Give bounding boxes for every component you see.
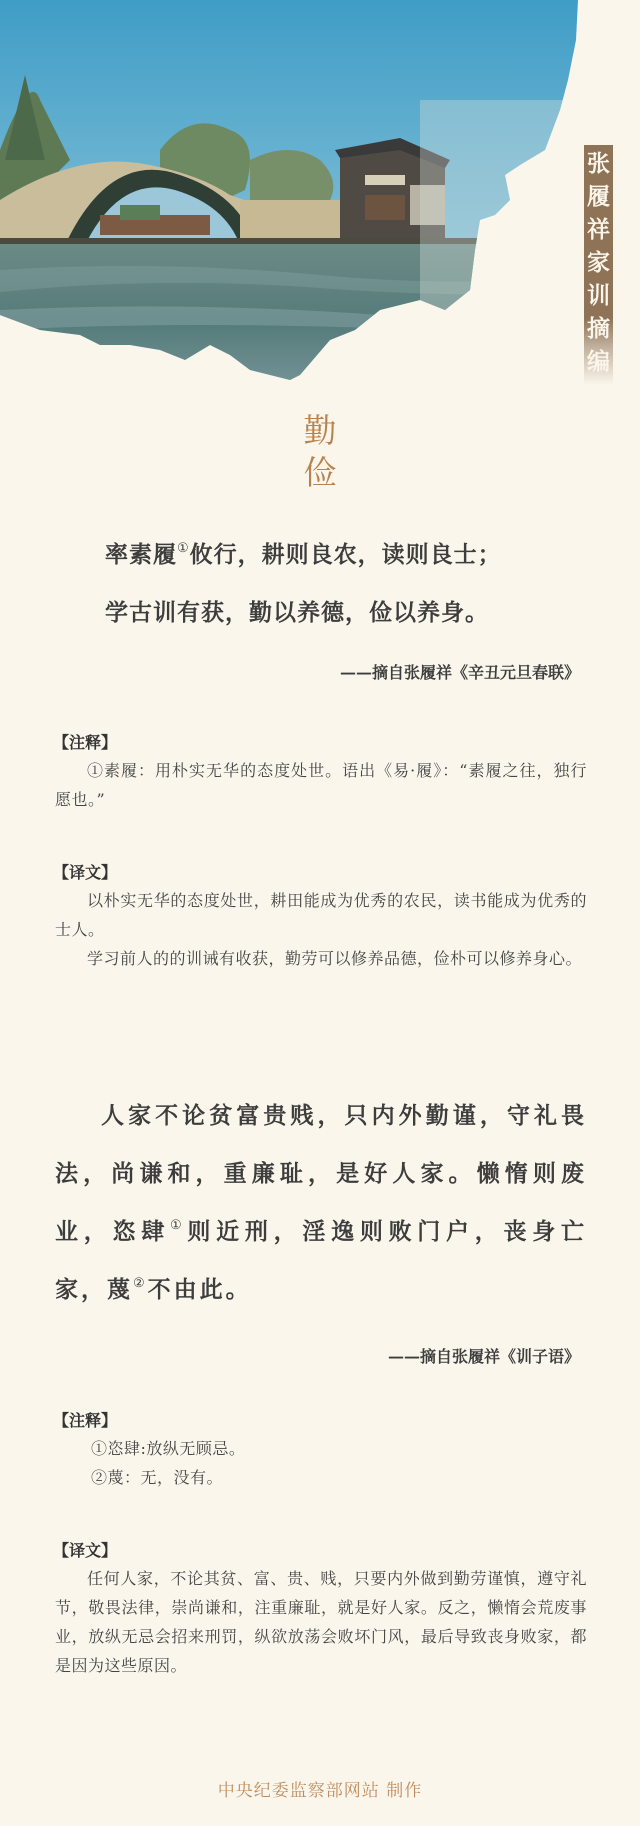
series-title-char: 履 [584,178,613,211]
footnote-marker: ② [133,1276,148,1291]
section-title: 勤 俭 [296,410,344,494]
series-title-char: 张 [584,145,613,178]
quote-text: 人家不论贫富贵贱，只内外勤谨，守礼畏法，尚谦和，重廉耻，是好人家。懒惰则废业，恣… [55,1087,587,1319]
series-title-char: 家 [584,244,613,277]
water-town-image [0,0,640,400]
series-title-char: 摘 [584,310,613,343]
quote-2: 人家不论贫富贵贱，只内外勤谨，守礼畏法，尚谦和，重廉耻，是好人家。懒惰则废业，恣… [55,1087,587,1319]
footer-credit: 中央纪委监察部网站 制作 [0,1776,640,1801]
quote-text: 学古训有获，勤以养德，俭以养身。 [105,599,489,626]
note-item: ②蔑：无，没有。 [55,1463,587,1492]
quote-line: 率素履①攸行，耕则良农，读则良士； [105,526,605,584]
quote-2-source: ——摘自张履祥《训子语》 [388,1344,580,1367]
series-title-banner: 张 履 祥 家 训 摘 编 [584,145,613,385]
translation-paragraph: 学习前人的的训诫有收获，勤劳可以修养品德，俭朴可以修养身心。 [55,944,587,973]
quote-text-part: 不由此。 [148,1276,252,1303]
translation-paragraph: 以朴实无华的态度处世，耕田能成为优秀的农民，读书能成为优秀的士人。 [55,886,587,944]
notes-2-label: 【注释】 [53,1408,117,1431]
quote-text: 率素履 [105,541,177,568]
series-title-char: 训 [584,277,613,310]
notes-1-label: 【注释】 [53,730,117,753]
quote-1-source: ——摘自张履祥《辛丑元旦春联》 [340,660,580,683]
footnote-marker: ① [177,541,190,556]
note-item: ①恣肆:放纵无顾忌。 [55,1434,587,1463]
quote-text: 攸行，耕则良农，读则良士； [190,541,502,568]
translation-2-body: 任何人家，不论其贫、富、贵、贱，只要内外做到勤劳谨慎，遵守礼节，敬畏法律，崇尚谦… [55,1564,587,1680]
translation-1-body: 以朴实无华的态度处世，耕田能成为优秀的农民，读书能成为优秀的士人。 学习前人的的… [55,886,587,973]
translation-paragraph: 任何人家，不论其贫、富、贵、贱，只要内外做到勤劳谨慎，遵守礼节，敬畏法律，崇尚谦… [55,1564,587,1680]
translation-1-label: 【译文】 [53,860,117,883]
header-illustration [0,0,640,400]
quote-line: 学古训有获，勤以养德，俭以养身。 [105,584,605,642]
section-title-char: 勤 [296,410,344,452]
notes-1-body: ①素履：用朴实无华的态度处世。语出《易·履》：“素履之往，独行愿也。” [55,756,587,814]
notes-2-body: ①恣肆:放纵无顾忌。 ②蔑：无，没有。 [55,1434,587,1492]
section-title-char: 俭 [296,452,344,494]
footnote-marker: ① [170,1218,187,1233]
note-item: ①素履：用朴实无华的态度处世。语出《易·履》：“素履之往，独行愿也。” [55,756,587,814]
quote-1: 率素履①攸行，耕则良农，读则良士； 学古训有获，勤以养德，俭以养身。 [105,526,605,642]
series-title-char: 祥 [584,211,613,244]
series-title-char: 编 [584,343,613,376]
translation-2-label: 【译文】 [53,1538,117,1561]
